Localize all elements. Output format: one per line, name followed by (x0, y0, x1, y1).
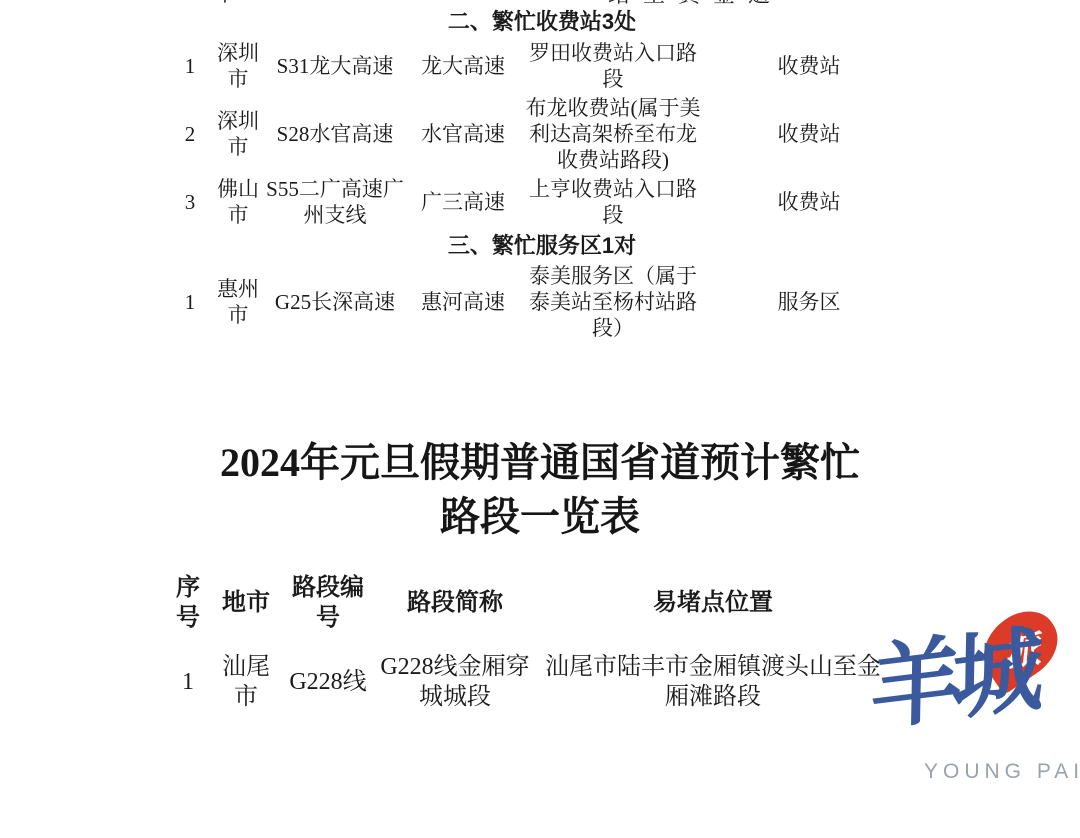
clipped-row-city-fragment: 市 (214, 0, 236, 5)
cell-seq: 1 (170, 38, 210, 94)
cell-city: 惠州市 (210, 262, 266, 342)
cell-route: S31龙大高速 (266, 38, 404, 94)
cell-seq: 1 (165, 636, 211, 720)
cell-short-name: 龙大高速 (404, 38, 522, 94)
section-header-row: 三、繁忙服务区1对 (170, 230, 914, 262)
cell-type: 收费站 (704, 174, 914, 230)
busy-spots-table: 二、繁忙收费站3处 1 深圳市 S31龙大高速 龙大高速 罗田收费站入口路段 收… (170, 6, 914, 342)
cell-location: 汕尾市陆丰市金厢镇渡头山至金厢滩路段 (535, 636, 891, 720)
header-location: 易堵点位置 (535, 570, 891, 636)
cell-city: 深圳市 (210, 38, 266, 94)
table-header-row: 序号 地市 路段编号 路段简称 易堵点位置 (165, 570, 891, 636)
table-row: 1 深圳市 S31龙大高速 龙大高速 罗田收费站入口路段 收费站 (170, 38, 914, 94)
cell-route: G25长深高速 (266, 262, 404, 342)
table-row: 3 佛山市 S55二广高速广州支线 广三高速 上亨收费站入口路段 收费站 (170, 174, 914, 230)
header-code: 路段编号 (281, 570, 375, 636)
cell-location: 上亨收费站入口路段 (522, 174, 704, 230)
cell-route: S55二广高速广州支线 (266, 174, 404, 230)
cell-location: 罗田收费站入口路段 (522, 38, 704, 94)
cell-city: 佛山市 (210, 174, 266, 230)
cell-route: S28水官高速 (266, 94, 404, 174)
cell-location: 泰美服务区（属于泰美站至杨村站路段） (522, 262, 704, 342)
provincial-roads-table: 序号 地市 路段编号 路段简称 易堵点位置 1 汕尾市 G228线 G228线金… (165, 570, 891, 720)
page-title-line1: 2024年元旦假期普通国省道预计繁忙 (220, 440, 860, 485)
cell-code: G228线 (281, 636, 375, 720)
header-seq: 序号 (165, 570, 211, 636)
page-title: 2024年元旦假期普通国省道预计繁忙路段一览表 (0, 436, 1080, 544)
cell-type: 收费站 (704, 38, 914, 94)
cell-short-name: G228线金厢穿城城段 (375, 636, 535, 720)
table-row: 1 惠州市 G25长深高速 惠河高速 泰美服务区（属于泰美站至杨村站路段） 服务… (170, 262, 914, 342)
cell-type: 服务区 (704, 262, 914, 342)
cell-seq: 2 (170, 94, 210, 174)
yangcheng-pai-watermark: 派 羊城 YOUNG PAI (876, 608, 1080, 808)
cell-seq: 3 (170, 174, 210, 230)
table-row: 1 汕尾市 G228线 G228线金厢穿城城段 汕尾市陆丰市金厢镇渡头山至金厢滩… (165, 636, 891, 720)
young-pai-label: YOUNG PAI (924, 760, 1080, 784)
cell-location: 布龙收费站(属于美利达高架桥至布龙收费站路段) (522, 94, 704, 174)
cell-short-name: 惠河高速 (404, 262, 522, 342)
table-row: 2 深圳市 S28水官高速 水官高速 布龙收费站(属于美利达高架桥至布龙收费站路… (170, 94, 914, 174)
section-header-toll: 二、繁忙收费站3处 (170, 6, 914, 38)
document-page: 市 站至黄金道 二、繁忙收费站3处 1 深圳市 S31龙大高速 龙大高速 罗田收… (0, 0, 1080, 838)
cell-short-name: 水官高速 (404, 94, 522, 174)
header-short-name: 路段简称 (375, 570, 535, 636)
cell-type: 收费站 (704, 94, 914, 174)
cell-city: 汕尾市 (211, 636, 281, 720)
cell-seq: 1 (170, 262, 210, 342)
section-header-row: 二、繁忙收费站3处 (170, 6, 914, 38)
page-title-line2: 路段一览表 (440, 494, 640, 539)
cell-city: 深圳市 (210, 94, 266, 174)
yangcheng-logo-text: 羊城 (870, 619, 1070, 736)
header-city: 地市 (211, 570, 281, 636)
cell-short-name: 广三高速 (404, 174, 522, 230)
section-header-service: 三、繁忙服务区1对 (170, 230, 914, 262)
